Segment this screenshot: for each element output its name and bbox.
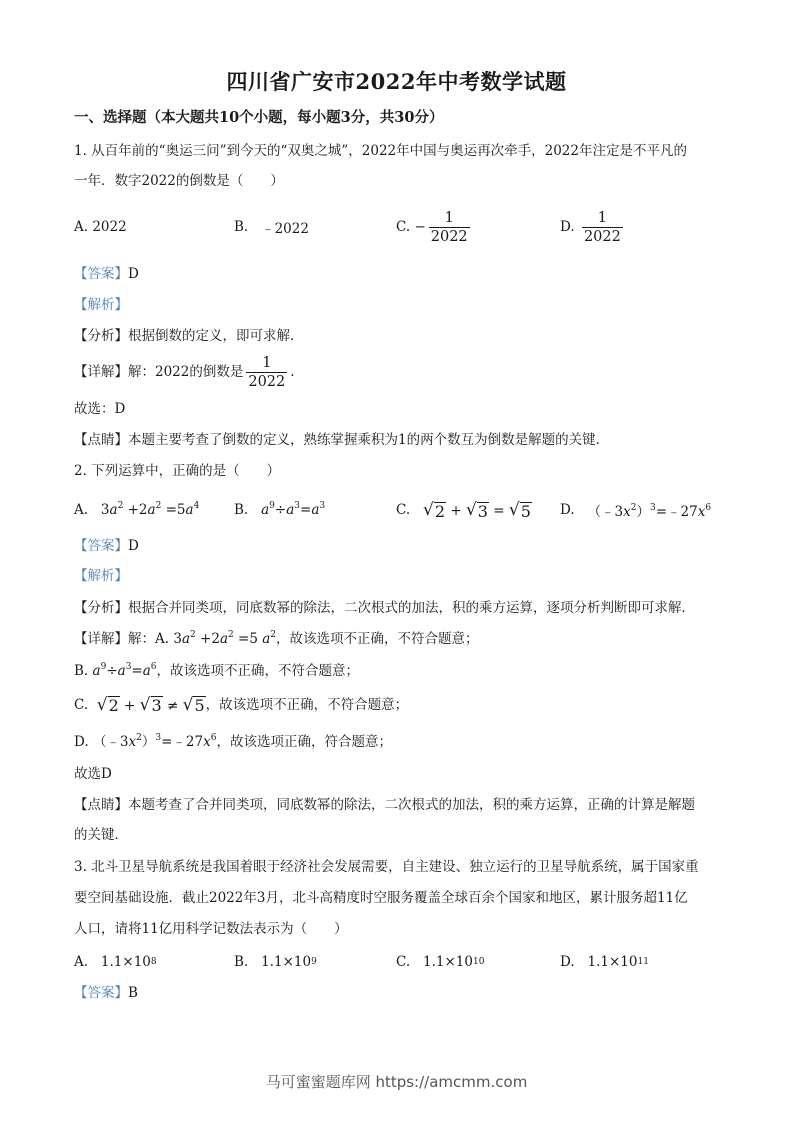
question-2-detail-b: B. a9÷a3=a6，故该选项不正确，不符合题意； bbox=[74, 662, 359, 680]
option-base: 1.1×10 bbox=[423, 954, 473, 970]
detail-prefix: 解：A. bbox=[128, 631, 173, 647]
question-3-stem-line-2: 要空间基础设施．截止2022年3月，北斗高精度时空服务覆盖全球百余个国家和地区，… bbox=[74, 889, 688, 907]
answer-label: 【答案】 bbox=[74, 985, 128, 1001]
sqrt-2: √2 bbox=[423, 500, 446, 520]
detail-prefix: C. bbox=[74, 696, 97, 714]
question-3-stem-line-1: 3. 北斗卫星导航系统是我国着眼于经济社会发展需要，自主建设、独立运行的卫星导航… bbox=[74, 858, 699, 876]
option-label: D. bbox=[560, 954, 575, 970]
detail-prefix: B. bbox=[74, 663, 93, 679]
option-label: A. bbox=[74, 954, 88, 970]
question-1-comment: 【点睛】本题主要考查了倒数的定义，熟练掌握乘积为1的两个数互为倒数是解题的关键． bbox=[74, 431, 609, 449]
fenxi-text: 根据合并同类项，同底数幂的除法，二次根式的加法，积的乘方运算，逐项分析判断即可求… bbox=[128, 600, 695, 616]
fraction: 12022 bbox=[246, 354, 287, 391]
question-2-options: A. 3a2 +2a2 =5a4 B. a9÷a3=a3 C. √2 + √3 … bbox=[74, 490, 734, 530]
answer-value: B bbox=[128, 985, 138, 1001]
document-page: 四川省广安市2022年中考数学试题 一、选择题（本大题共10个小题，每小题3分，… bbox=[0, 0, 793, 1122]
question-2-detail-d: D. （﹣3x2）3=﹣27x6，故该选项正确，符合题意； bbox=[74, 733, 392, 751]
numerator: 1 bbox=[596, 209, 609, 227]
option-a: A. 2022 bbox=[74, 207, 127, 247]
option-label: B. bbox=[234, 954, 248, 970]
answer-label: 【答案】 bbox=[74, 538, 128, 554]
answer-value: D bbox=[128, 538, 139, 554]
page-title: 四川省广安市2022年中考数学试题 bbox=[0, 66, 793, 96]
math-expression: 3a2 +2a2 =5a4 bbox=[101, 502, 199, 518]
detail-label: 【详解】 bbox=[74, 363, 128, 381]
fenxi-label: 【分析】 bbox=[74, 600, 128, 616]
comment-text: 本题考查了合并同类项，同底数幂的除法，二次根式的加法，积的乘方运算，正确的计算是… bbox=[128, 797, 695, 813]
option-label: C. bbox=[396, 219, 410, 235]
option-d: D. （﹣3x2）3=﹣27x6 bbox=[560, 490, 711, 530]
question-1-options: A. 2022 B. ﹣2022 C. − 12022 D. 12022 bbox=[74, 207, 734, 247]
option-label: C. bbox=[396, 502, 410, 518]
option-c: C. √2 + √3 = √5 bbox=[396, 490, 532, 530]
detail-prefix: D. bbox=[74, 734, 93, 750]
section-header: 一、选择题（本大题共10个小题，每小题3分，共30分） bbox=[74, 109, 443, 127]
denominator: 2022 bbox=[246, 372, 287, 391]
option-base: 1.1×10 bbox=[261, 954, 311, 970]
question-2-stem: 2. 下列运算中，正确的是（ ） bbox=[74, 462, 280, 480]
question-2-detail-c: C. √2 + √3 ≠ √5 ，故该选项不正确，不符合题意； bbox=[74, 694, 408, 716]
sqrt-2: √2 bbox=[97, 696, 120, 714]
detail-text: ，故该选项不正确，不符合题意； bbox=[276, 631, 479, 647]
question-2-analysis-label: 【解析】 bbox=[74, 567, 128, 585]
question-2-detail-a: 【详解】解：A. 3a2 +2a2 =5 a2，故该选项不正确，不符合题意； bbox=[74, 630, 479, 648]
detail-label: 【详解】 bbox=[74, 631, 128, 647]
detail-text: ，故该选项不正确，不符合题意； bbox=[206, 696, 409, 714]
comment-label: 【点睛】 bbox=[74, 797, 128, 813]
option-text: 2022 bbox=[92, 219, 126, 235]
option-label: A. bbox=[74, 502, 88, 518]
fraction: 12022 bbox=[429, 209, 470, 246]
detail-text: ，故该选项不正确，不符合题意； bbox=[157, 663, 360, 679]
math-expression: √2 + √3 = √5 bbox=[423, 500, 532, 520]
option-c: C. 1.1×1010 bbox=[396, 942, 484, 982]
option-base: 1.1×10 bbox=[101, 954, 151, 970]
question-1-stem-line-2: 一年．数字2022的倒数是（ ） bbox=[74, 172, 284, 190]
question-2-comment-line-1: 【点睛】本题考查了合并同类项，同底数幂的除法，二次根式的加法，积的乘方运算，正确… bbox=[74, 796, 695, 814]
fenxi-label: 【分析】 bbox=[74, 328, 128, 344]
option-label: A. bbox=[74, 219, 88, 235]
fenxi-text: 根据倒数的定义，即可求解． bbox=[128, 328, 304, 344]
math-expression: a9÷a3=a3 bbox=[261, 502, 325, 518]
option-label: D. bbox=[560, 219, 575, 235]
question-2-fenxi: 【分析】根据合并同类项，同底数幂的除法，二次根式的加法，积的乘方运算，逐项分析判… bbox=[74, 599, 695, 617]
option-b: B. ﹣2022 bbox=[234, 207, 309, 247]
minus-sign: − bbox=[414, 219, 425, 235]
question-1-stem-line-1: 1. 从百年前的“奥运三问”到今天的“双奥之城”，2022年中国与奥运再次牵手，… bbox=[74, 142, 687, 160]
option-c: C. − 12022 bbox=[396, 207, 473, 247]
math-expression: √2 + √3 ≠ √5 bbox=[97, 696, 206, 715]
math-expression: a9÷a3=a6 bbox=[93, 663, 157, 679]
footer-watermark: 马可蜜蜜题库网 https://amcmm.com bbox=[0, 1071, 793, 1092]
option-label: B. bbox=[234, 502, 248, 518]
math-expression: 3a2 +2a2 =5 a2 bbox=[173, 631, 276, 647]
question-2-comment-line-2: 的关键． bbox=[74, 826, 128, 844]
option-label: B. bbox=[234, 219, 248, 235]
option-a: A. 3a2 +2a2 =5a4 bbox=[74, 490, 199, 530]
detail-text: ，故该选项正确，符合题意； bbox=[216, 734, 392, 750]
option-d: D. 12022 bbox=[560, 207, 626, 247]
fraction: 12022 bbox=[582, 209, 623, 246]
option-d: D. 1.1×1011 bbox=[560, 942, 649, 982]
option-base: 1.1×10 bbox=[588, 954, 638, 970]
answer-value: D bbox=[128, 266, 139, 282]
option-label: C. bbox=[396, 954, 410, 970]
option-b: B. a9÷a3=a3 bbox=[234, 490, 325, 530]
sqrt-5: √5 bbox=[183, 696, 206, 714]
sqrt-5: √5 bbox=[509, 500, 532, 520]
question-2-answer: 【答案】D bbox=[74, 537, 139, 555]
denominator: 2022 bbox=[429, 227, 470, 246]
question-2-choose: 故选D bbox=[74, 765, 112, 783]
question-1-detail: 【详解】解：2022的倒数是 12022 . bbox=[74, 352, 295, 392]
option-b: B. 1.1×109 bbox=[234, 942, 317, 982]
period: . bbox=[290, 363, 294, 381]
answer-label: 【答案】 bbox=[74, 266, 128, 282]
denominator: 2022 bbox=[582, 227, 623, 246]
comment-text: 本题主要考查了倒数的定义，熟练掌握乘积为1的两个数互为倒数是解题的关键． bbox=[128, 432, 609, 448]
detail-text: 解：2022的倒数是 bbox=[128, 363, 243, 381]
comment-label: 【点睛】 bbox=[74, 432, 128, 448]
question-3-stem-line-3: 人口，请将11亿用科学记数法表示为（ ） bbox=[74, 920, 348, 938]
question-1-analysis-label: 【解析】 bbox=[74, 296, 128, 314]
question-3-options: A. 1.1×108 B. 1.1×109 C. 1.1×1010 D. 1.1… bbox=[74, 942, 734, 982]
math-expression: （﹣3x2）3=﹣27x6 bbox=[93, 734, 217, 750]
math-expression: （﹣3x2）3=﹣27x6 bbox=[588, 500, 712, 520]
question-1-choose: 故选：D bbox=[74, 400, 125, 418]
numerator: 1 bbox=[260, 354, 273, 372]
question-1-answer: 【答案】D bbox=[74, 265, 139, 283]
option-text: ﹣2022 bbox=[261, 217, 309, 237]
sqrt-3: √3 bbox=[466, 500, 489, 520]
question-3-answer: 【答案】B bbox=[74, 984, 138, 1002]
question-1-fenxi: 【分析】根据倒数的定义，即可求解． bbox=[74, 327, 304, 345]
option-label: D. bbox=[560, 502, 575, 518]
numerator: 1 bbox=[443, 209, 456, 227]
option-a: A. 1.1×108 bbox=[74, 942, 157, 982]
sqrt-3: √3 bbox=[140, 696, 163, 714]
